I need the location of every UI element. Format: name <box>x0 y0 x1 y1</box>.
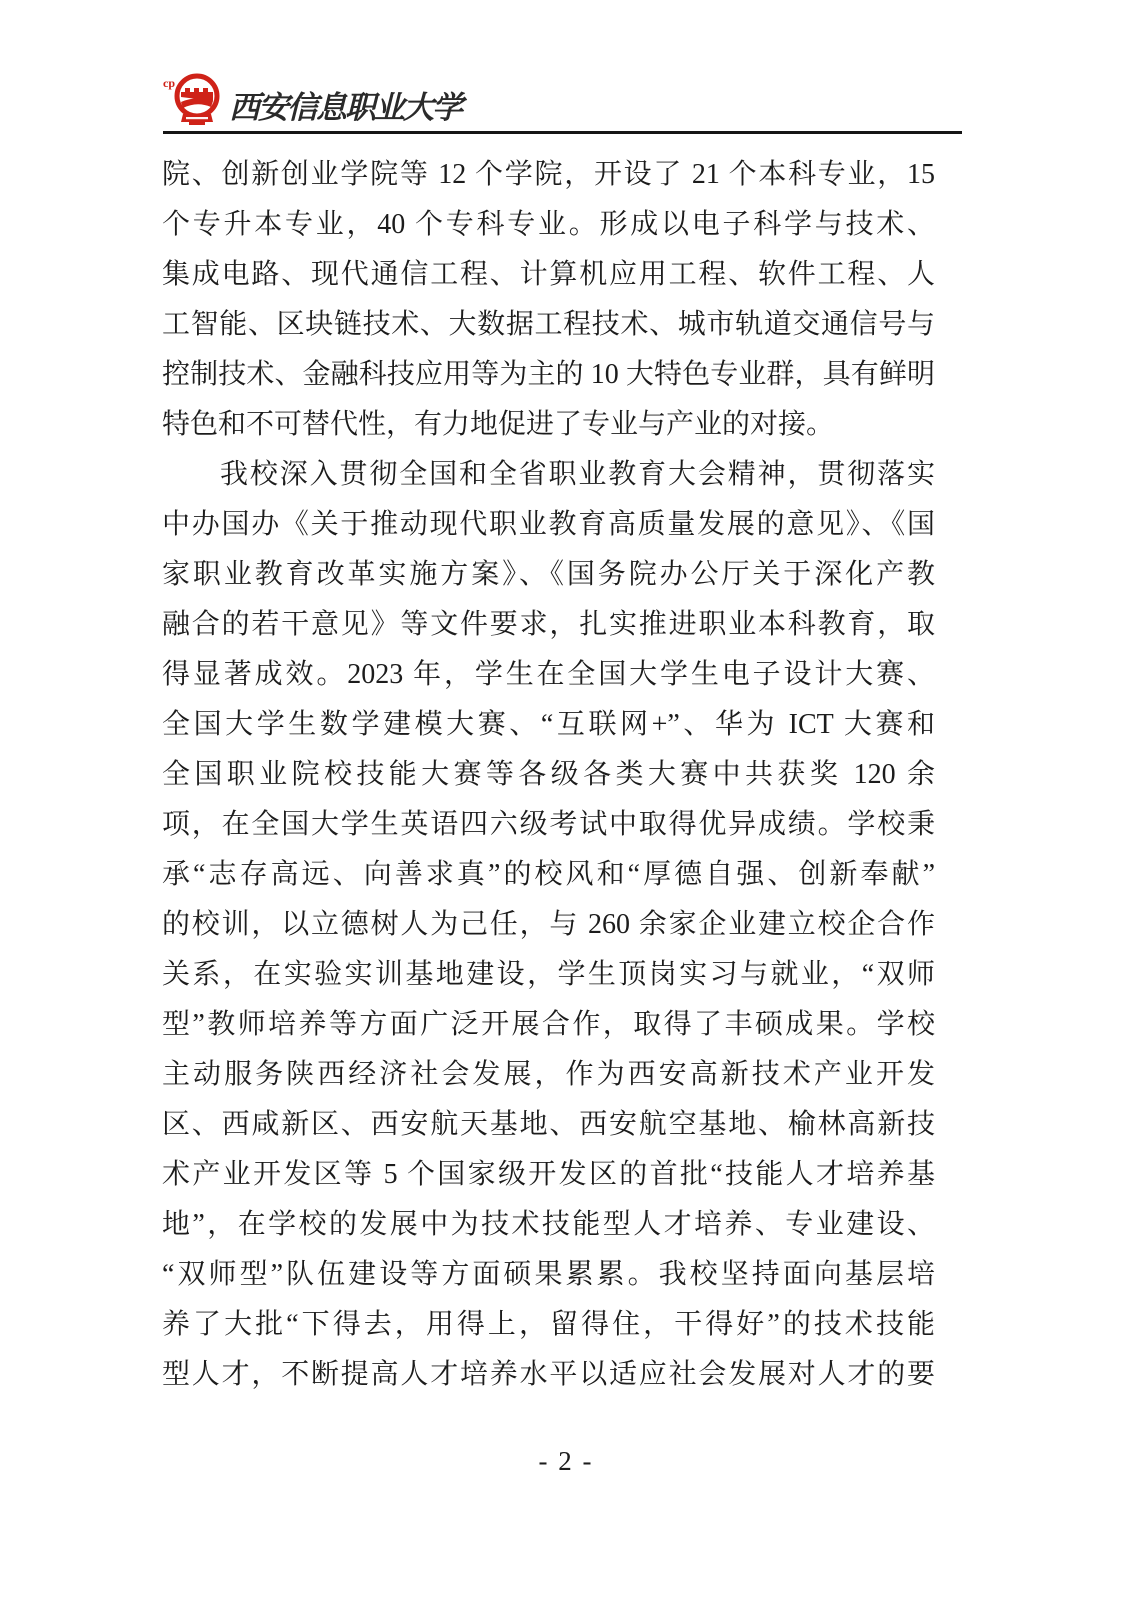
body-line: 区、西咸新区、西安航天基地、西安航空基地、榆林高新技 <box>162 1100 935 1150</box>
university-logo-icon: cp <box>163 70 225 130</box>
logo-base-text-band <box>186 117 208 119</box>
body-line: 中办国办《关于推动现代职业教育高质量发展的意见》、《国 <box>162 500 935 550</box>
body-line: 型”教师培养等方面广泛开展合作，取得了丰硕成果。学校 <box>162 1000 935 1050</box>
body-line: 的校训，以立德树人为己任，与 260 余家企业建立校企合作 <box>162 900 935 950</box>
body-line: 全国大学生数学建模大赛、“互联网+”、华为 ICT 大赛和 <box>162 700 935 750</box>
body-line: 项，在全国大学生英语四六级考试中取得优异成绩。学校秉 <box>162 800 935 850</box>
page-header: cp 西安信息职业大学 <box>163 70 962 134</box>
body-line: 控制技术、金融科技应用等为主的 10 大特色专业群，具有鲜明 <box>162 350 935 400</box>
body-line: 院、创新创业学院等 12 个学院，开设了 21 个本科专业，15 <box>162 150 935 200</box>
body-line: 地”，在学校的发展中为技术技能型人才培养、专业建设、 <box>162 1200 935 1250</box>
body-line: 养了大批“下得去，用得上，留得住，干得好”的技术技能 <box>162 1300 935 1350</box>
header-row: cp 西安信息职业大学 <box>163 70 962 130</box>
document-page: cp 西安信息职业大学 院、创新创业学院等 12 个学院，开设了 21 个本科专… <box>0 0 1132 1600</box>
body-line: 型人才，不断提高人才培养水平以适应社会发展对人才的要 <box>162 1350 935 1400</box>
body-line: 主动服务陕西经济社会发展，作为西安高新技术产业开发 <box>162 1050 935 1100</box>
body-line: 工智能、区块链技术、大数据工程技术、城市轨道交通信号与 <box>162 300 935 350</box>
body-line: 关系，在实验实训基地建设，学生顶岗实习与就业，“双师 <box>162 950 935 1000</box>
body-line: 承“志存高远、向善求真”的校风和“厚德自强、创新奉献” <box>162 850 935 900</box>
body-line: “双师型”队伍建设等方面硕果累累。我校坚持面向基层培 <box>162 1250 935 1300</box>
logo-letters: cp <box>163 76 175 90</box>
body-line: 得显著成效。2023 年，学生在全国大学生电子设计大赛、 <box>162 650 935 700</box>
body-line: 全国职业院校技能大赛等各级各类大赛中共获奖 120 余 <box>162 750 935 800</box>
body-line: 融合的若干意见》等文件要求，扎实推进职业本科教育，取 <box>162 600 935 650</box>
body-line: 术产业开发区等 5 个国家级开发区的首批“技能人才培养基 <box>162 1150 935 1200</box>
logo-pedestal <box>189 122 205 125</box>
page-number: - 2 - <box>0 1446 1132 1477</box>
body-lines: 院、创新创业学院等 12 个学院，开设了 21 个本科专业，15个专升本专业，4… <box>162 150 935 1400</box>
body-line: 个专升本专业，40 个专科专业。形成以电子科学与技术、 <box>162 200 935 250</box>
body-line: 家职业教育改革实施方案》、《国务院办公厅关于深化产教 <box>162 550 935 600</box>
header-rule <box>163 131 962 134</box>
body-line: 集成电路、现代通信工程、计算机应用工程、软件工程、人 <box>162 250 935 300</box>
school-name: 西安信息职业大学 <box>229 82 461 130</box>
body-line: 我校深入贯彻全国和全省职业教育大会精神，贯彻落实 <box>162 450 935 500</box>
body-line: 特色和不可替代性，有力地促进了专业与产业的对接。 <box>162 400 935 450</box>
